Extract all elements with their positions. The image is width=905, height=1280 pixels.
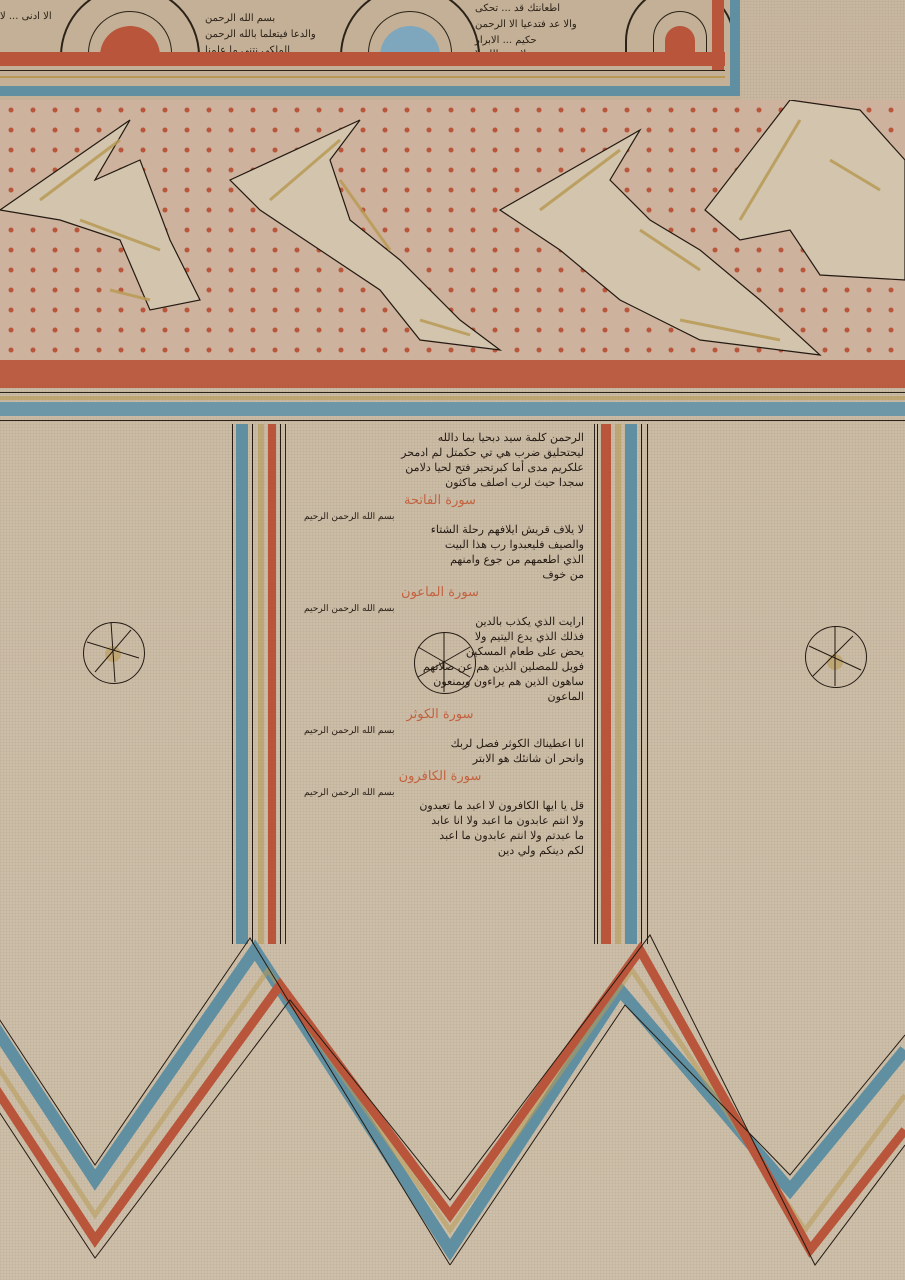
blue-border-vertical [730, 0, 740, 96]
verse-line: وانحر ان شانئك هو الابتر [286, 751, 594, 766]
gold-border-band [0, 76, 725, 78]
arch-ornament [340, 0, 480, 56]
surah-heading: سورة الماعون [286, 582, 594, 604]
verse-line: ولا انتم عابدون ما اعبد ولا انا عابد [286, 813, 594, 828]
red-border-vertical [712, 0, 724, 70]
surah-heading: سورة الفاتحة [286, 490, 594, 512]
calligraphy-frieze [0, 100, 905, 362]
intro-line: سجدا حيث لرب اصلف ماكثون [286, 475, 594, 490]
verse-line: انا اعطيناك الكوثر فصل لربك [286, 736, 594, 751]
verse-line: قل يا ايها الكافرون لا اعبد ما تعبدون [286, 798, 594, 813]
inscription-line: اطعانتك قد ... تحكى [475, 2, 560, 15]
blue-frieze-band [0, 402, 905, 416]
red-border-band [0, 52, 725, 66]
surah-heading: سورة الكوثر [286, 704, 594, 726]
intro-line: علكريم مدى أما كبرتحبر فتح لحيا دلامن [286, 460, 594, 475]
border-rule [0, 70, 725, 71]
basmala: بسم الله الرحمن الرحيم [286, 726, 594, 736]
zigzag-border-ornament [0, 930, 905, 1280]
surah-heading: سورة الكافرون [286, 766, 594, 788]
basmala: بسم الله الرحمن الرحيم [286, 788, 594, 798]
star-wheel-icon [414, 632, 476, 694]
inscription-line: والا عد فتدعيا الا الرحمن [475, 18, 577, 31]
verse-line: الذي اطعمهم من جوع وامنهم [286, 552, 594, 567]
calligraphy-glyphs-icon [0, 100, 905, 362]
basmala: بسم الله الرحمن الرحيم [286, 604, 594, 614]
verse-line: والصيف فليعبدوا رب هذا البيت [286, 537, 594, 552]
intro-line: الرحمن كلمة سيد دبحيا بما دالله [286, 430, 594, 445]
gold-frieze-band [0, 396, 905, 400]
arch-ornament [60, 0, 200, 56]
intro-line: ليحتحليق ضرب هي تي حكمتل لم ادمحر [286, 445, 594, 460]
inscription-line: بسم الله الرحمن [205, 12, 275, 25]
border-rule [0, 420, 905, 421]
right-pillar-border [595, 424, 652, 944]
red-frieze-band [0, 360, 905, 388]
verse-line: ارايت الذي يكذب بالدين [286, 614, 594, 629]
inscription-line: والدعا فيتعلما بالله الرحمن [205, 28, 316, 41]
left-pillar-border [228, 424, 285, 944]
basmala: بسم الله الرحمن الرحيم [286, 512, 594, 522]
verse-line: من خوف [286, 567, 594, 582]
central-text-panel: الرحمن كلمة سيد دبحيا بما دالله ليحتحليق… [285, 424, 595, 944]
verse-line: لا يلاف قريش ايلافهم رحلة الشتاء [286, 522, 594, 537]
left-star-wheel-icon [83, 622, 145, 684]
inscription-line: حكيم ... الابرار [475, 34, 537, 47]
right-star-wheel-icon [805, 626, 867, 688]
top-arcade-panel: الا ادنى ... لا بسم الله الرحمن والدعا ف… [0, 0, 740, 100]
border-rule [0, 392, 905, 393]
verse-line: ما عبدتم ولا انتم عابدون ما اعبد [286, 828, 594, 843]
verse-line: لكم دينكم ولي دين [286, 843, 594, 858]
blue-border-band [0, 86, 740, 96]
inscription-line: الا ادنى ... لا [0, 10, 52, 23]
